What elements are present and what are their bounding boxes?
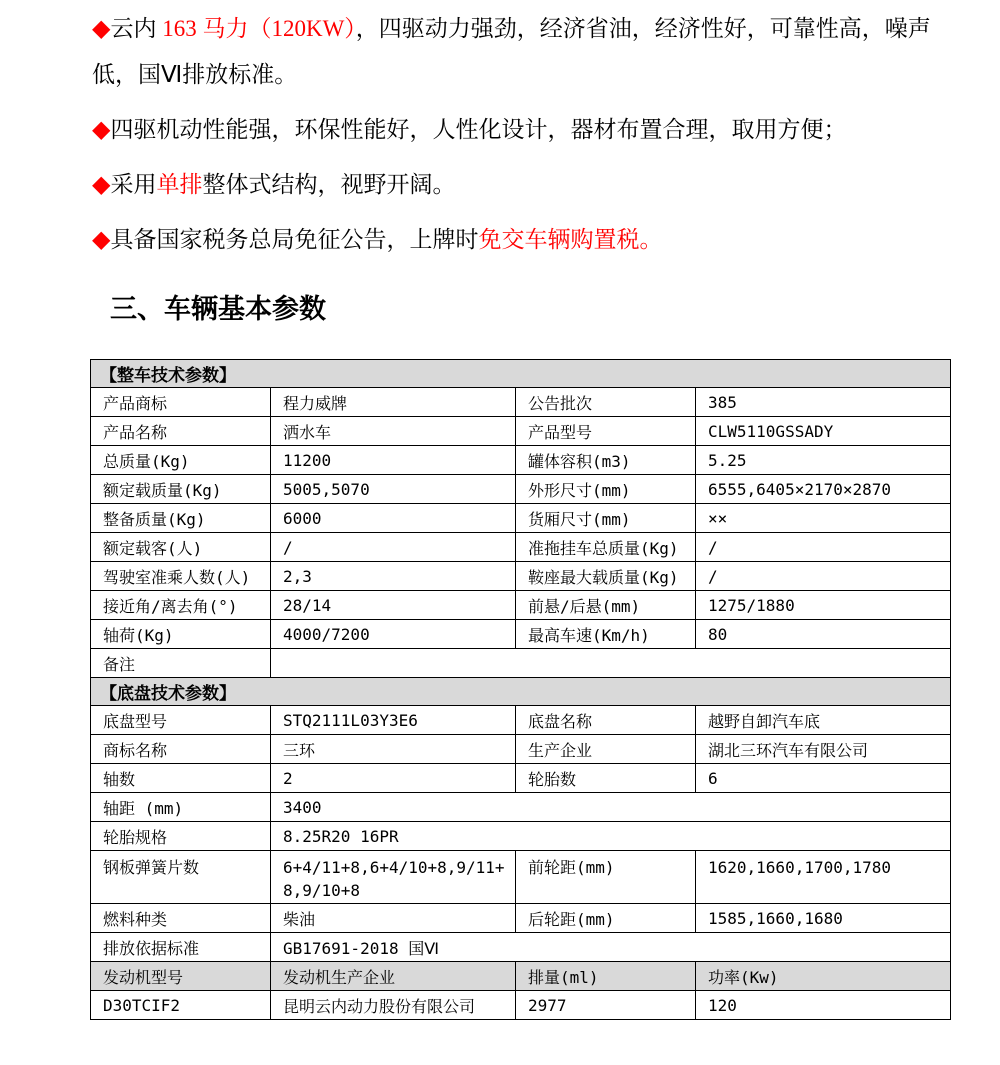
engine-header-cell: 发动机生产企业 xyxy=(271,962,516,991)
param-label: 轴数 xyxy=(91,764,271,793)
param-label: 底盘型号 xyxy=(91,706,271,735)
bullet-text: 具备国家税务总局免征公告，上牌时 xyxy=(110,227,478,252)
param-label: 外形尺寸(mm) xyxy=(516,475,696,504)
table-row: 额定载质量(Kg) 5005,5070 外形尺寸(mm) 6555,6405×2… xyxy=(91,475,951,504)
param-label: 生产企业 xyxy=(516,735,696,764)
table-row: 商标名称 三环 生产企业 湖北三环汽车有限公司 xyxy=(91,735,951,764)
param-label: 前悬/后悬(mm) xyxy=(516,591,696,620)
param-value: 385 xyxy=(696,388,951,417)
table-row: 总质量(Kg) 11200 罐体容积(m3) 5.25 xyxy=(91,446,951,475)
engine-header-cell: 发动机型号 xyxy=(91,962,271,991)
section-heading: 三、车辆基本参数 xyxy=(110,287,1000,326)
param-label: 产品商标 xyxy=(91,388,271,417)
diamond-bullet-icon: ◆ xyxy=(92,172,110,198)
bullet-text: 采用 xyxy=(110,172,156,197)
param-value: 5005,5070 xyxy=(271,475,516,504)
table-row: 产品商标 程力威牌 公告批次 385 xyxy=(91,388,951,417)
param-value: 湖北三环汽车有限公司 xyxy=(696,735,951,764)
param-value: 2977 xyxy=(516,991,696,1020)
document-page: ◆云内 163 马力（120KW），四驱动力强劲，经济省油，经济性好，可靠性高，… xyxy=(0,0,1000,1065)
param-label: 产品型号 xyxy=(516,417,696,446)
bullet-text: 云内 xyxy=(110,16,162,41)
param-value: 1620,1660,1700,1780 xyxy=(696,851,951,904)
param-value: 6555,6405×2170×2870 xyxy=(696,475,951,504)
vehicle-params-band-title: 【整车技术参数】 xyxy=(91,360,951,388)
param-label: 最高车速(Km/h) xyxy=(516,620,696,649)
param-label: 备注 xyxy=(91,649,271,678)
param-value: 三环 xyxy=(271,735,516,764)
param-label: 接近角/离去角(°) xyxy=(91,591,271,620)
table-row: 产品名称 洒水车 产品型号 CLW5110GSSADY xyxy=(91,417,951,446)
table-row: 轴荷(Kg) 4000/7200 最高车速(Km/h) 80 xyxy=(91,620,951,649)
param-value: 1585,1660,1680 xyxy=(696,904,951,933)
param-label: 后轮距(mm) xyxy=(516,904,696,933)
param-value: / xyxy=(271,533,516,562)
tire-spec-row: 轮胎规格 8.25R20 16PR xyxy=(91,822,951,851)
param-value: 柴油 xyxy=(271,904,516,933)
param-value: 80 xyxy=(696,620,951,649)
param-value: 5.25 xyxy=(696,446,951,475)
param-label: 轴距 (mm) xyxy=(91,793,271,822)
param-value: 4000/7200 xyxy=(271,620,516,649)
param-value: 6+4/11+8,6+4/10+8,9/11+8,9/10+8 xyxy=(271,851,516,904)
param-value: CLW5110GSSADY xyxy=(696,417,951,446)
remark-row: 备注 xyxy=(91,649,951,678)
param-value: STQ2111L03Y3E6 xyxy=(271,706,516,735)
spec-table: 【整车技术参数】 产品商标 程力威牌 公告批次 385 产品名称 洒水车 产品型… xyxy=(90,359,951,1020)
param-value: 昆明云内动力股份有限公司 xyxy=(271,991,516,1020)
diamond-bullet-icon: ◆ xyxy=(92,16,110,42)
param-value: / xyxy=(696,533,951,562)
param-label: 前轮距(mm) xyxy=(516,851,696,904)
table-row: 驾驶室准乘人数(人) 2,3 鞍座最大载质量(Kg) / xyxy=(91,562,951,591)
param-label: 额定载客(人) xyxy=(91,533,271,562)
param-value: ×× xyxy=(696,504,951,533)
param-label: 准拖挂车总质量(Kg) xyxy=(516,533,696,562)
engine-header-row: 发动机型号 发动机生产企业 排量(ml) 功率(Kw) xyxy=(91,962,951,991)
param-label: 公告批次 xyxy=(516,388,696,417)
vehicle-params-band-row: 【整车技术参数】 xyxy=(91,360,951,388)
feature-bullet-tax: ◆具备国家税务总局免征公告，上牌时免交车辆购置税。 xyxy=(92,217,934,263)
feature-bullet-engine: ◆云内 163 马力（120KW），四驱动力强劲，经济省油，经济性好，可靠性高，… xyxy=(92,6,934,98)
param-value: 120 xyxy=(696,991,951,1020)
fuel-row: 燃料种类 柴油 后轮距(mm) 1585,1660,1680 xyxy=(91,904,951,933)
param-label: 轮胎规格 xyxy=(91,822,271,851)
param-label: 驾驶室准乘人数(人) xyxy=(91,562,271,591)
chassis-params-band-row: 【底盘技术参数】 xyxy=(91,678,951,706)
table-row: 整备质量(Kg) 6000 货厢尺寸(mm) ×× xyxy=(91,504,951,533)
emission-row: 排放依据标准 GB17691-2018 国Ⅵ xyxy=(91,933,951,962)
wheelbase-row: 轴距 (mm) 3400 xyxy=(91,793,951,822)
table-row: 接近角/离去角(°) 28/14 前悬/后悬(mm) 1275/1880 xyxy=(91,591,951,620)
param-label: 钢板弹簧片数 xyxy=(91,851,271,904)
param-value: 程力威牌 xyxy=(271,388,516,417)
diamond-bullet-icon: ◆ xyxy=(92,117,110,143)
param-value: 6000 xyxy=(271,504,516,533)
param-value: 洒水车 xyxy=(271,417,516,446)
param-label: 商标名称 xyxy=(91,735,271,764)
param-value: 2,3 xyxy=(271,562,516,591)
param-value: 8.25R20 16PR xyxy=(271,822,951,851)
param-label: 整备质量(Kg) xyxy=(91,504,271,533)
param-label: 总质量(Kg) xyxy=(91,446,271,475)
param-label: 额定载质量(Kg) xyxy=(91,475,271,504)
param-label: 轮胎数 xyxy=(516,764,696,793)
spring-row: 钢板弹簧片数 6+4/11+8,6+4/10+8,9/11+8,9/10+8 前… xyxy=(91,851,951,904)
param-label: 燃料种类 xyxy=(91,904,271,933)
table-row: 轴数 2 轮胎数 6 xyxy=(91,764,951,793)
intro-bullets: ◆云内 163 马力（120KW），四驱动力强劲，经济省油，经济性好，可靠性高，… xyxy=(0,0,1000,263)
param-value: D30TCIF2 xyxy=(91,991,271,1020)
table-row: 额定载客(人) / 准拖挂车总质量(Kg) / xyxy=(91,533,951,562)
param-value: 3400 xyxy=(271,793,951,822)
param-value: / xyxy=(696,562,951,591)
engine-header-cell: 功率(Kw) xyxy=(696,962,951,991)
param-label: 罐体容积(m3) xyxy=(516,446,696,475)
engine-header-cell: 排量(ml) xyxy=(516,962,696,991)
table-row: 底盘型号 STQ2111L03Y3E6 底盘名称 越野自卸汽车底 xyxy=(91,706,951,735)
param-value: 28/14 xyxy=(271,591,516,620)
param-label: 货厢尺寸(mm) xyxy=(516,504,696,533)
bullet-text: 整体式结构，视野开阔。 xyxy=(202,172,455,197)
feature-bullet-cab: ◆采用单排整体式结构，视野开阔。 xyxy=(92,162,934,208)
bullet-highlight: 163 马力（120KW） xyxy=(162,16,356,41)
param-value: 6 xyxy=(696,764,951,793)
param-value: 越野自卸汽车底 xyxy=(696,706,951,735)
param-label: 产品名称 xyxy=(91,417,271,446)
param-label: 轴荷(Kg) xyxy=(91,620,271,649)
param-label: 鞍座最大载质量(Kg) xyxy=(516,562,696,591)
param-value: 2 xyxy=(271,764,516,793)
bullet-highlight: 单排 xyxy=(156,172,202,197)
bullet-highlight: 免交车辆购置税。 xyxy=(478,227,662,252)
bullet-text: 四驱机动性能强，环保性能好，人性化设计，器材布置合理，取用方便； xyxy=(110,117,846,142)
chassis-params-band-title: 【底盘技术参数】 xyxy=(91,678,951,706)
param-value: 11200 xyxy=(271,446,516,475)
engine-data-row: D30TCIF2 昆明云内动力股份有限公司 2977 120 xyxy=(91,991,951,1020)
param-label: 排放依据标准 xyxy=(91,933,271,962)
param-value: 1275/1880 xyxy=(696,591,951,620)
param-value xyxy=(271,649,951,678)
feature-bullet-mobility: ◆四驱机动性能强，环保性能好，人性化设计，器材布置合理，取用方便； xyxy=(92,107,934,153)
diamond-bullet-icon: ◆ xyxy=(92,227,110,253)
param-label: 底盘名称 xyxy=(516,706,696,735)
param-value: GB17691-2018 国Ⅵ xyxy=(271,933,951,962)
